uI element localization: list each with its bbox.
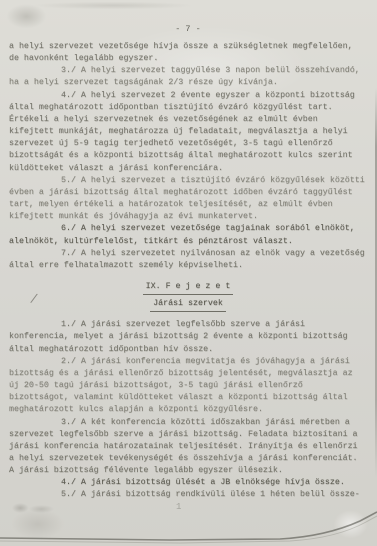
- paragraph-local-item-3: 3./ A helyi szervezet taggyűlése 3 napon…: [9, 65, 367, 89]
- chapter-subheading: Járási szervek: [9, 298, 367, 312]
- chapter-heading: IX. F e j e z e t: [9, 281, 367, 295]
- paragraph-local-item-6: 6./ A helyi szervezet vezetősége tagjain…: [9, 223, 367, 247]
- paragraph-district-item-5: 5./ A járási bizottság rendkívüli ülése …: [9, 489, 367, 501]
- paragraph-local-item-5: 5./ A helyi szervezet a tisztújító évzár…: [9, 175, 367, 224]
- paragraph-district-item-3: 3./ A két konferencia közötti időszakban…: [9, 417, 367, 478]
- chapter-heading-block: IX. F e j e z e t Járási szervek: [9, 281, 367, 312]
- page-number: - 7 -: [9, 24, 367, 34]
- paragraph-local-item-7: 7./ A helyi szervezetet nyilvánosan az e…: [9, 248, 367, 272]
- paragraph-local-item-4: 4./ A helyi szervezet 2 évente egyszer a…: [9, 90, 367, 175]
- document-body: a helyi szervezet vezetősége hívja össze…: [9, 41, 367, 502]
- scanned-document-page: - 7 - a helyi szervezet vezetősége hívja…: [0, 0, 377, 546]
- paragraph-district-item-2: 2./ A járási konferencia megvitatja és j…: [9, 356, 367, 417]
- paragraph-district-item-4: 4./ A járási bizottság ülését a JB elnök…: [9, 477, 367, 489]
- paragraph-continuation: a helyi szervezet vezetősége hívja össze…: [9, 41, 367, 65]
- page-bottom-edge-shadow: [0, 506, 377, 546]
- paragraph-district-item-1: 1./ A járási szervezet legfelsőbb szerve…: [9, 319, 367, 355]
